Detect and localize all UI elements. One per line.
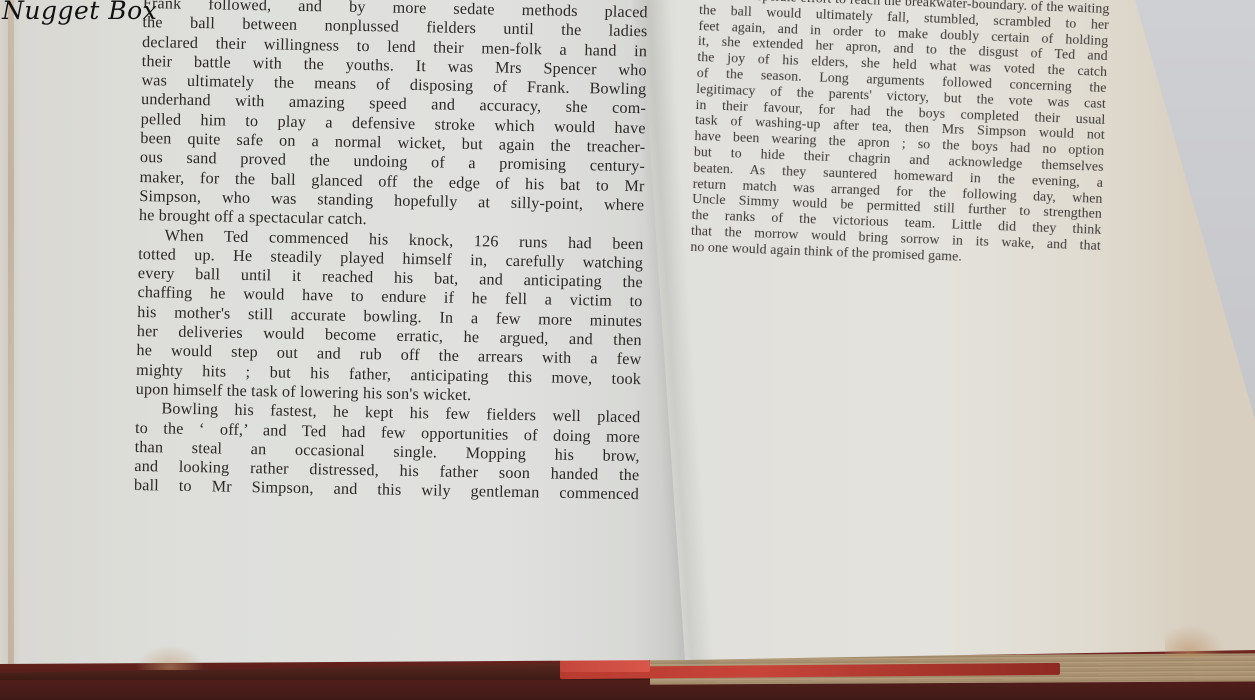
watermark-logo: Nugget Box <box>2 0 157 25</box>
cover-red-spine-corner <box>560 660 650 672</box>
open-book-photo: Frank followed, and by more sedate metho… <box>0 0 1255 700</box>
left-page-text: Frank followed, and by more sedate metho… <box>134 0 648 505</box>
left-page-foxing <box>8 0 14 664</box>
left-page-stain <box>135 645 205 670</box>
right-page-text: made a desperate effort to reach the bre… <box>690 0 1110 269</box>
right-page-stain <box>1165 625 1225 657</box>
